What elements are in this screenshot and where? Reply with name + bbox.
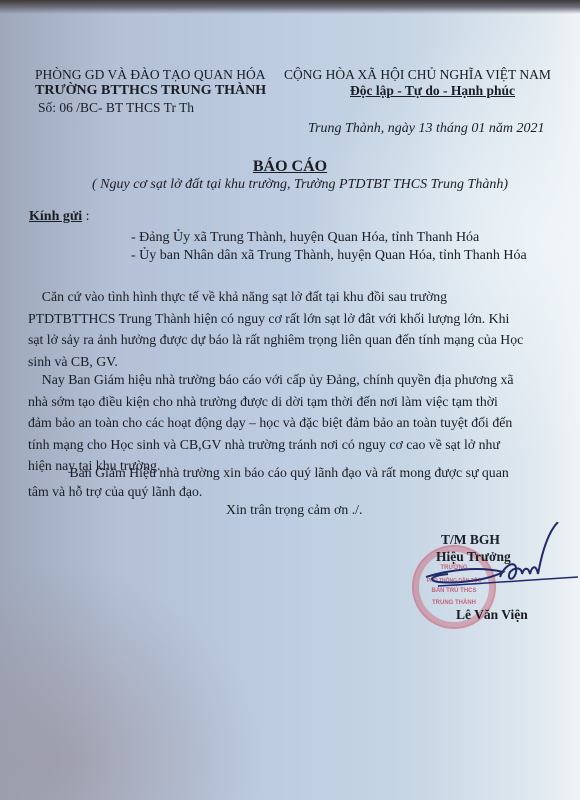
document-number: Số: 06 /BC- BT THCS Tr Th (38, 100, 194, 116)
paragraph-request: Nay Ban Giám hiệu nhà trường báo cáo với… (28, 369, 568, 477)
report-title: BÁO CÁO (0, 158, 580, 176)
text-line: Căn cứ vào tình hình thực tế về khả năng… (28, 286, 568, 308)
recipient-item: - Ủy ban Nhân dân xã Trung Thành, huyện … (131, 248, 527, 264)
text-line: tính mạng cho Học sinh và CB,GV nhà trườ… (28, 434, 568, 456)
text-line: đảm bảo an toàn cho các hoạt động dạy – … (28, 412, 568, 434)
text-line: Ban Giám Hiệu nhà trường xin báo cáo quý… (28, 463, 568, 482)
text-line: PTDTBTTHCS Trung Thành hiện có nguy cơ r… (28, 308, 568, 330)
closing-line: Xin trân trọng cảm ơn ./. (226, 502, 362, 518)
recipients-colon: : (82, 209, 89, 224)
recipients-label-line: Kính gửi : (29, 209, 90, 225)
paragraph-situation: Căn cứ vào tình hình thực tế về khả năng… (28, 286, 568, 372)
signer-name: Lê Văn Viện (456, 607, 528, 623)
text-line: Nay Ban Giám hiệu nhà trường báo cáo với… (28, 369, 568, 391)
report-subtitle: ( Nguy cơ sạt lở đất tại khu trường, Trư… (0, 177, 580, 193)
text-line: sạt lở sảy ra ảnh hưởng được dự báo là r… (28, 329, 568, 351)
text-line: tâm và hỗ trợ của quý lãnh đạo. (28, 482, 568, 501)
country-name: CỘNG HÒA XÃ HỘI CHỦ NGHĨA VIỆT NAM (284, 67, 551, 83)
recipients-label: Kính gửi (29, 209, 82, 224)
handwritten-signature (418, 522, 578, 612)
recipient-item: - Đảng Ủy xã Trung Thành, huyện Quan Hóa… (131, 230, 479, 246)
paragraph-thanks: Ban Giám Hiệu nhà trường xin báo cáo quý… (28, 463, 568, 501)
national-motto: Độc lập - Tự do - Hạnh phúc (350, 83, 515, 99)
school-name: TRƯỜNG BTTHCS TRUNG THÀNH (35, 83, 266, 99)
photo-top-shadow (0, 0, 580, 14)
place-date: Trung Thành, ngày 13 tháng 01 năm 2021 (308, 121, 544, 137)
text-line: nhà sớm tạo điều kiện cho nhà trường đượ… (28, 391, 568, 413)
department-name: PHÒNG GD VÀ ĐÀO TẠO QUAN HÓA (35, 67, 266, 83)
